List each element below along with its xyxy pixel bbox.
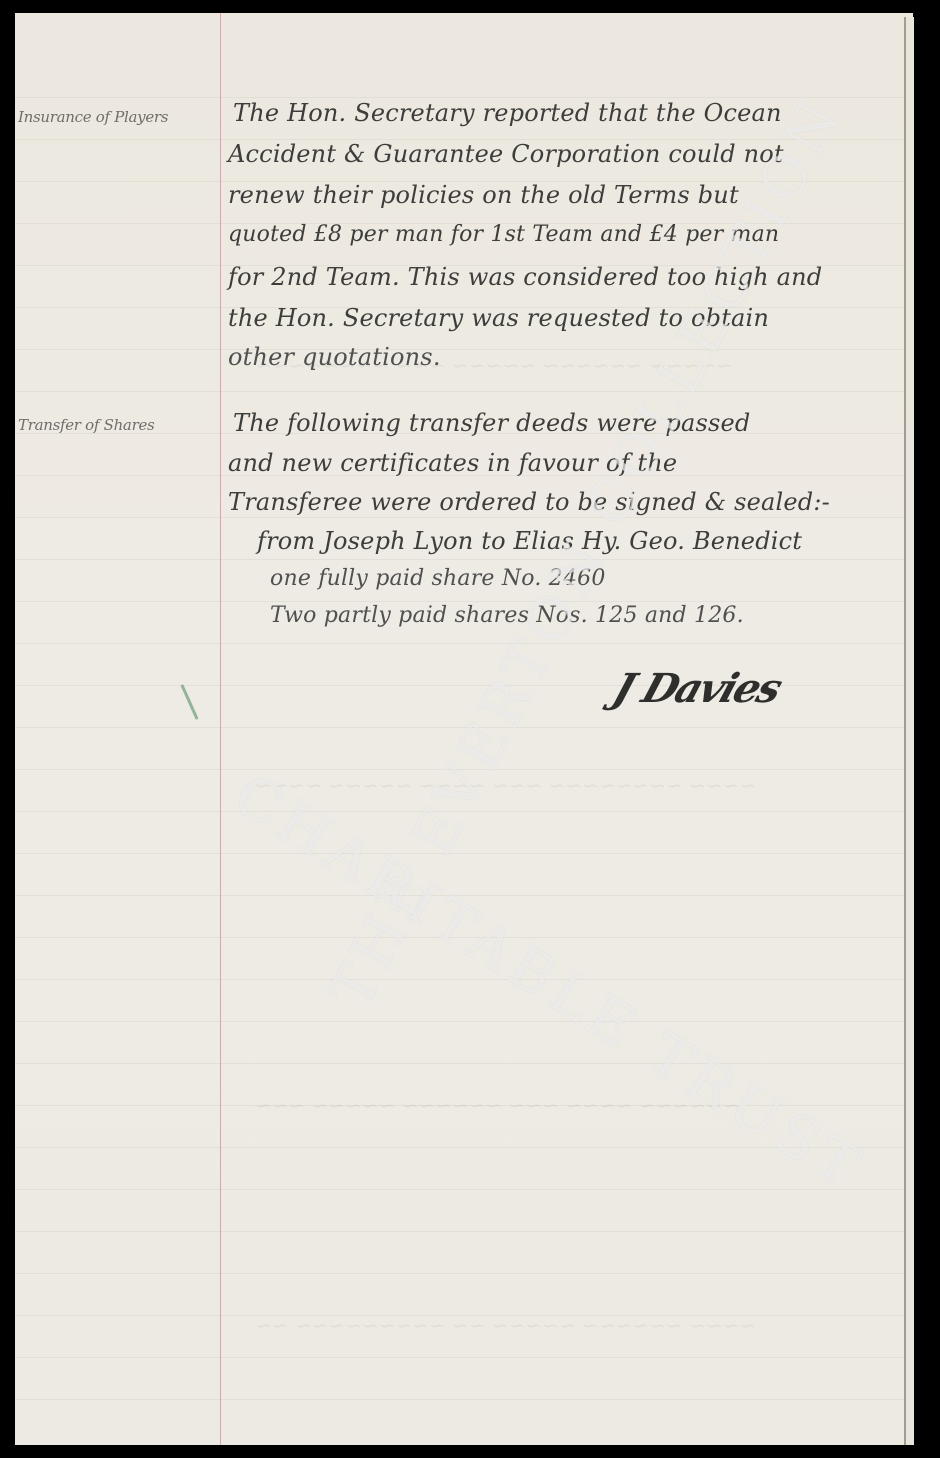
ruled-line: [15, 769, 913, 770]
ruled-line: [15, 517, 913, 518]
ruled-line: [15, 391, 913, 392]
ruled-line: [15, 1147, 913, 1148]
minute-line: The Hon. Secretary reported that the Oce…: [233, 99, 782, 127]
bleed-through-text: ~~~~~~ ~~~~ ~~~ ~~~~~~ ~~~~~ ~~~: [255, 1093, 739, 1117]
ruled-line: [15, 97, 913, 98]
ruled-line: [15, 1273, 913, 1274]
ruled-line: [15, 853, 913, 854]
transfer-item: one fully paid share No. 2460: [270, 566, 606, 591]
minute-line: and new certificates in favour of the: [228, 449, 677, 477]
minute-line: The following transfer deeds were passed: [233, 409, 750, 437]
tick-mark-icon: [180, 684, 198, 720]
ruled-line: [15, 559, 913, 560]
document-page: ~~~~~ ~~~~~~ ~~~~~ ~~~ ~~~~~~~~ ~~~~ ~~~…: [15, 13, 913, 1445]
ruled-line: [15, 601, 913, 602]
minute-line: quoted £8 per man for 1st Team and £4 pe…: [228, 222, 779, 247]
signature: J Davies: [607, 665, 786, 712]
minute-line: Transferee were ordered to be signed & s…: [228, 488, 830, 516]
ruled-line: [15, 979, 913, 980]
minute-line: other quotations.: [228, 343, 441, 371]
transfer-item: Two partly paid shares Nos. 125 and 126.: [270, 603, 744, 628]
margin-rule: [220, 13, 221, 1445]
minute-line: for 2nd Team. This was considered too hi…: [228, 263, 822, 291]
ruled-line: [15, 937, 913, 938]
transfer-from-to: from Joseph Lyon to Elias Hy. Geo. Bened…: [257, 527, 802, 555]
watermark-line-2: CHARITABLE TRUST: [222, 760, 876, 1204]
ruled-line: [15, 1189, 913, 1190]
bleed-through-text: ~~~~ ~~~~~~~~ ~~~ ~~~~ ~~~~~ ~~~~: [255, 773, 756, 797]
margin-heading-insurance: Insurance of Players: [18, 108, 168, 126]
bleed-through-text: ~~~~ ~~~~~~ ~~~~~ ~~ ~~~~~~~~~ ~~: [255, 1313, 756, 1337]
ruled-line: [15, 1399, 913, 1400]
book-binding-edge: [904, 17, 914, 1445]
ruled-line: [15, 1021, 913, 1022]
ruled-line: [15, 349, 913, 350]
minute-line: renew their policies on the old Terms bu…: [228, 181, 739, 209]
minute-line: the Hon. Secretary was requested to obta…: [228, 304, 769, 332]
ruled-line: [15, 727, 913, 728]
ruled-line: [15, 811, 913, 812]
ruled-line: [15, 895, 913, 896]
ruled-line: [15, 1357, 913, 1358]
minute-line: Accident & Guarantee Corporation could n…: [228, 140, 784, 168]
ruled-line: [15, 1231, 913, 1232]
ruled-line: [15, 643, 913, 644]
ruled-line: [15, 1063, 913, 1064]
margin-heading-transfer: Transfer of Shares: [18, 416, 154, 434]
